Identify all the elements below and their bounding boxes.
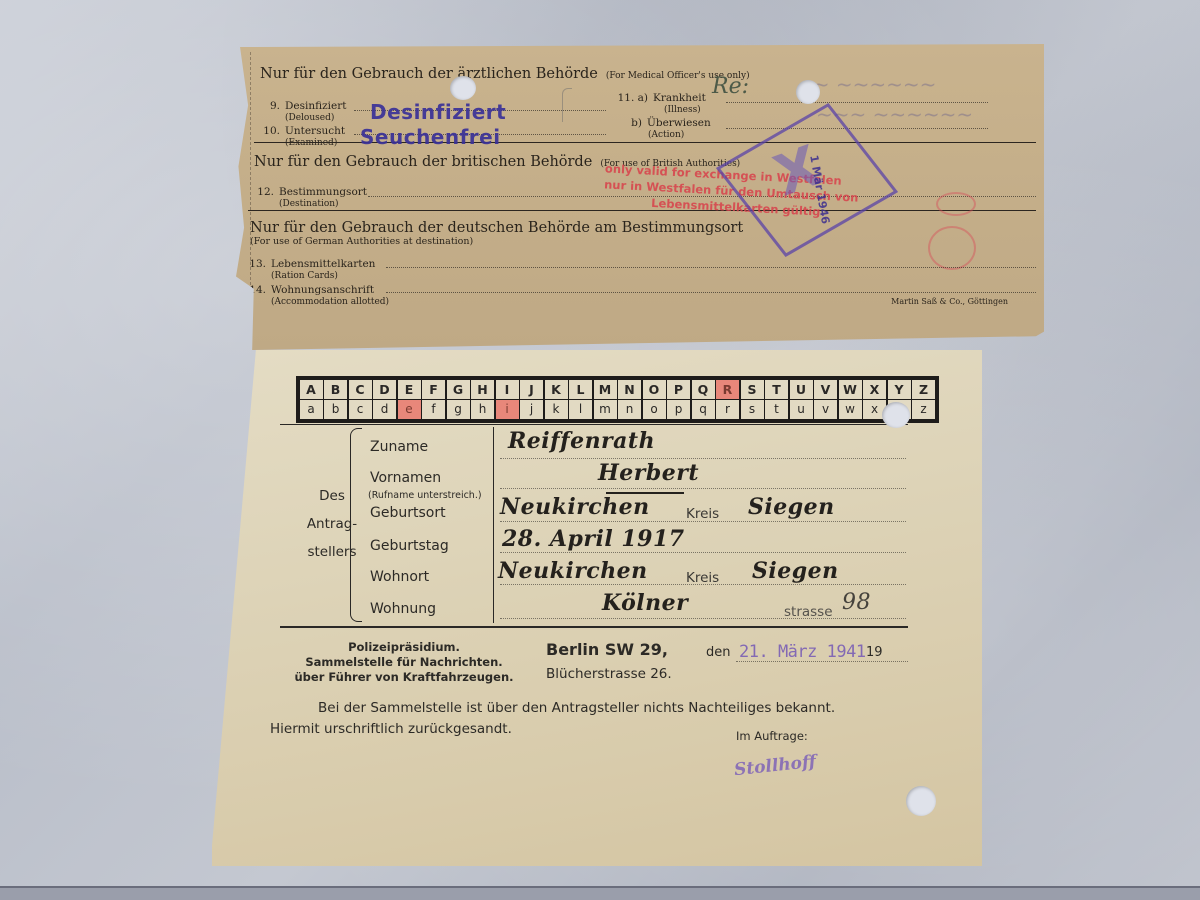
alphabet-cell-upper-G: G [447,380,470,399]
alphabet-cell-upper-W: W [839,380,862,399]
clearance-note-line-1: Bei der Sammelstelle ist über den Antrag… [318,700,835,716]
alphabet-cell-upper-F: F [422,380,445,399]
faint-red-stamp [928,226,976,270]
alphabet-cell-lower-q: q [692,400,715,419]
label-wohnort: Wohnort [370,569,429,585]
german-section-title-en: (For use of German Authorities at destin… [250,236,473,247]
alphabet-cell-lower-l: l [569,400,592,419]
alphabet-cell-upper-Y: Y [888,380,911,399]
label-rufname-hint: (Rufname unterstreich.) [368,490,482,501]
clearance-note-line-2: Hiermit urschriftlich zurückgesandt. [270,721,512,737]
field-wohnungsanschrift: 14.Wohnungsanschrift (Accommodation allo… [246,284,389,307]
label-vornamen: Vornamen [370,470,441,486]
alphabet-cell-lower-p: p [667,400,690,419]
table-edge [0,886,1200,900]
alphabet-cell-upper-M: M [594,380,617,399]
seuchenfrei-stamp: Seuchenfrei [360,125,501,149]
dotted-line [500,488,906,489]
dotted-line [386,267,1036,268]
german-section-title: Nur für den Gebrauch der deutschen Behör… [250,220,743,236]
alphabet-cell-upper-D: D [373,380,396,399]
alphabet-cell-lower-i: i [496,400,519,419]
wohnort-kreis-value: Siegen [752,558,839,584]
field-lebensmittelkarten: 13.Lebensmittelkarten (Ration Cards) [246,258,375,281]
alphabet-index-grid: ABCDEFGHIJKLMNOPQRSTUVWXYZabcdefghijklmn… [296,376,939,423]
alphabet-cell-upper-A: A [300,380,323,399]
issuing-office: Polizeipräsidium. Sammelstelle für Nachr… [274,640,534,685]
alphabet-cell-upper-T: T [765,380,788,399]
vornamen-value: Herbert [598,460,699,486]
alphabet-cell-upper-Z: Z [912,380,935,399]
punch-hole [450,76,476,100]
alphabet-cell-upper-V: V [814,380,837,399]
alphabet-cell-lower-j: j [520,400,543,419]
alphabet-cell-upper-L: L [569,380,592,399]
field-untersucht: 10.Untersucht (Examined) [260,125,345,148]
brace [350,428,362,622]
wohnort-value: Neukirchen [498,558,648,584]
alphabet-cell-upper-S: S [741,380,764,399]
punch-hole [882,402,910,428]
alphabet-cell-upper-E: E [398,380,421,399]
dotted-line [726,128,988,129]
alphabet-cell-lower-w: w [839,400,862,419]
alphabet-cell-lower-o: o [643,400,666,419]
punch-hole [906,786,936,816]
alphabet-cell-upper-H: H [471,380,494,399]
date-stamp: 21. März 1941 [739,642,866,662]
alphabet-cell-lower-f: f [422,400,445,419]
den-label: den [706,645,731,660]
house-number-value: 98 [842,590,871,615]
field-bestimmungsort: 12.Bestimmungsort (Destination) [254,186,367,209]
alphabet-cell-lower-a: a [300,400,323,419]
alphabet-cell-lower-e: e [398,400,421,419]
dotted-line [386,292,1036,293]
alphabet-cell-upper-C: C [349,380,372,399]
alphabet-cell-upper-N: N [618,380,641,399]
kreis-label: Kreis [686,506,719,522]
date-dotted-line [736,661,908,662]
dotted-line [500,618,906,619]
desinfiziert-stamp: Desinfiziert [370,100,506,124]
zuname-value: Reiffenrath [508,428,655,454]
strasse-label: strasse [784,604,833,620]
alphabet-cell-upper-J: J [520,380,543,399]
alphabet-cell-lower-d: d [373,400,396,419]
alphabet-cell-upper-O: O [643,380,666,399]
city-line: Berlin SW 29, [546,640,668,659]
year-prefix: 19 [866,645,883,660]
alphabet-cell-lower-n: n [618,400,641,419]
label-zuname: Zuname [370,439,428,455]
label-geburtstag: Geburtstag [370,538,449,554]
alphabet-cell-upper-B: B [324,380,347,399]
wohnung-street-value: Kölner [602,590,688,616]
alphabet-cell-lower-u: u [790,400,813,419]
label-wohnung: Wohnung [370,601,436,617]
alphabet-cell-lower-s: s [741,400,764,419]
alphabet-cell-lower-z: z [912,400,935,419]
dotted-line [500,458,906,459]
alphabet-cell-upper-I: I [496,380,519,399]
alphabet-cell-upper-R: R [716,380,739,399]
column-divider [493,427,494,623]
alphabet-cell-lower-g: g [447,400,470,419]
faint-red-stamp [936,192,976,216]
alphabet-cell-lower-v: v [814,400,837,419]
field-krankheit: 11. a)Krankheit (Illness) [604,92,706,115]
geburtsort-value: Neukirchen [500,494,650,520]
punch-hole [796,80,820,104]
registration-slip: Nur für den Gebrauch der ärztlichen Behö… [236,44,1044,350]
geburtstag-value: 28. April 1917 [502,526,685,552]
im-auftrage-label: Im Auftrage: [736,729,808,743]
police-record-card: ABCDEFGHIJKLMNOPQRSTUVWXYZabcdefghijklmn… [212,350,982,866]
alphabet-cell-upper-U: U [790,380,813,399]
medical-section-title: Nur für den Gebrauch der ärztlichen Behö… [260,66,750,82]
alphabet-cell-upper-K: K [545,380,568,399]
pencil-mark [562,88,572,122]
signature-stamp: Stollhoff [733,752,817,780]
dotted-line [500,552,906,553]
table-top-rule [280,424,908,425]
alphabet-cell-lower-h: h [471,400,494,419]
alphabet-cell-upper-X: X [863,380,886,399]
alphabet-cell-lower-m: m [594,400,617,419]
printer-imprint: Martin Saß & Co., Göttingen [891,297,1008,306]
kreis-label: Kreis [686,570,719,586]
alphabet-cell-lower-r: r [716,400,739,419]
label-geburtsort: Geburtsort [370,505,446,521]
alphabet-cell-upper-Q: Q [692,380,715,399]
pencil-note: Re: [712,74,749,99]
table-bottom-rule [280,626,908,628]
field-ueberwiesen: b)Überwiesen (Action) [626,117,711,140]
alphabet-cell-lower-b: b [324,400,347,419]
alphabet-cell-upper-P: P [667,380,690,399]
field-desinfiziert: 9.Desinfiziert (Deloused) [260,100,347,123]
alphabet-cell-lower-k: k [545,400,568,419]
alphabet-cell-lower-t: t [765,400,788,419]
geburtsort-kreis-value: Siegen [748,494,835,520]
office-street: Blücherstrasse 26. [546,666,672,682]
alphabet-cell-lower-c: c [349,400,372,419]
